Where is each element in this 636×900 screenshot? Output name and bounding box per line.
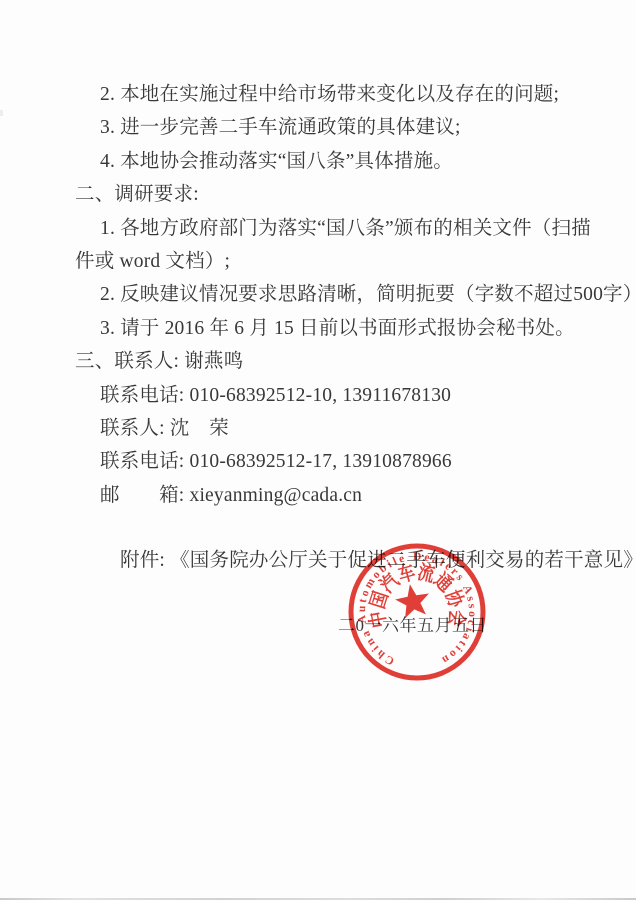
document-line: 1. 各地方政府部门为落实“国八条”颁布的相关文件（扫描 — [100, 212, 620, 245]
scanned-document-page: 2. 本地在实施过程中给市场带来变化以及存在的问题; 3. 进一步完善二手车流通… — [0, 0, 636, 900]
official-seal-graphic: China Automobile Dealers Association 中国汽… — [342, 537, 492, 687]
document-line: 4. 本地协会推动落实“国八条”具体措施。 — [100, 145, 620, 178]
official-seal: China Automobile Dealers Association 中国汽… — [342, 537, 492, 687]
document-line: 件或 word 文档）; — [75, 245, 620, 278]
section-heading: 三、联系人: 谢燕鸣 — [75, 345, 620, 378]
document-line: 3. 请于 2016 年 6 月 15 日前以书面形式报协会秘书处。 — [100, 312, 620, 345]
contact-phone-line: 联系电话: 010-68392512-17, 13910878966 — [100, 445, 620, 478]
document-line: 2. 反映建议情况要求思路清晰，简明扼要（字数不超过500字）; — [100, 278, 620, 311]
section-heading: 二、调研要求: — [75, 178, 620, 211]
document-line: 3. 进一步完善二手车流通政策的具体建议; — [100, 111, 620, 144]
contact-phone-line: 联系电话: 010-68392512-10, 13911678130 — [100, 379, 620, 412]
scan-speck-artifact — [0, 110, 3, 116]
contact-email-line: 邮 箱: xieyanming@cada.cn — [100, 479, 620, 512]
document-line: 2. 本地在实施过程中给市场带来变化以及存在的问题; — [100, 78, 620, 111]
contact-name-line: 联系人: 沈 荣 — [100, 412, 620, 445]
